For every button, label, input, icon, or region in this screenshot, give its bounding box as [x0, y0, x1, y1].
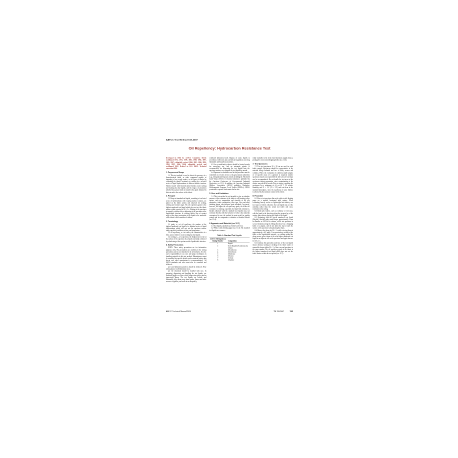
footer-method-number: TM 118-2007: [273, 311, 284, 313]
paragraph: 4.2 All chemicals should be handled with…: [166, 270, 206, 283]
paragraph: 3.1 grade, n.—of oil repellency, the num…: [166, 223, 206, 231]
footer-right-group: TM 118-2007 193: [273, 311, 293, 313]
paragraph: 8.1 Place a test specimen flat on the wh…: [253, 198, 293, 211]
document-canvas: AATCC Test Method 118-2007 Oil Repellenc…: [0, 0, 458, 458]
developed-by-note: Developed in 1966 by AATCC Committee RA5…: [166, 157, 206, 170]
doc-footer: AATCC Technical Manual/2010 TM 118-2007 …: [166, 311, 293, 313]
paragraph: 8.5 Continue this procedure until one of…: [253, 242, 293, 255]
paragraph: NOTE: These safety precautions are for i…: [166, 247, 206, 266]
section-heading: 3. Terminology: [166, 221, 206, 223]
section-heading: 6. Apparatus and Materials (see 12.1): [209, 222, 249, 224]
paragraph: 4.4 Exposure to chemicals used in this p…: [209, 172, 249, 191]
column-middle: ventilated laboratory hood. Dispose of w…: [209, 157, 249, 283]
paragraph: 7.1 Two test specimens 20 × 20 cm are us…: [253, 166, 293, 194]
paragraph: 3.3 wetting, n.—of a specimen, the displ…: [166, 236, 206, 242]
document-page: AATCC Test Method 118-2007 Oil Repellenc…: [164, 137, 295, 319]
table-row: 8n-heptane: [209, 259, 249, 261]
section-heading: 5. Uses and Limitations: [209, 193, 249, 195]
section-heading: 2. Principle: [166, 195, 206, 197]
column-left: Developed in 1966 by AATCC Committee RA5…: [166, 157, 206, 283]
section-heading: 1. Purpose and Scope: [166, 172, 206, 174]
paragraph: 8.3 Beginning with the lowest numbered t…: [253, 217, 293, 230]
section-heading: 7. Test Specimens: [253, 163, 293, 165]
footer-manual-name: AATCC Technical Manual/2010: [166, 311, 191, 313]
table-caption: Table I—Standard Test Liquids: [209, 234, 249, 236]
doc-title: Oil Repellency: Hydrocarbon Resistance T…: [164, 146, 295, 150]
table-cell-rating: 8: [209, 259, 226, 261]
footer-page-number: 193: [290, 311, 293, 313]
section-heading: 8. Procedure: [253, 195, 293, 197]
paragraph: 6.2 White textile blotting paper (see 12…: [209, 227, 249, 231]
text-columns: Developed in 1966 by AATCC Committee RA5…: [166, 157, 293, 283]
paragraph: 1.1 This test method is used to detect t…: [166, 174, 206, 193]
paragraph: 5.1 This test method is not intended to …: [209, 195, 249, 220]
page-thumbnail-region: AATCC Test Method 118-2007 Oil Repellenc…: [164, 137, 295, 319]
column-right: cially available in kit form from labora…: [253, 157, 293, 283]
test-liquids-table: Table I—Standard Test LiquidsAATCC Oil R…: [209, 234, 249, 261]
table-cell-composition: n-heptane: [226, 259, 249, 261]
paragraph: 2.1 Drops of standard test liquids, cons…: [166, 198, 206, 219]
paragraph: cially available in kit form from labora…: [253, 157, 293, 161]
doc-header-method-number: AATCC Test Method 118-2007: [166, 139, 198, 141]
paragraph: 8.4 Observe the drops for 30 ± 2 s while…: [253, 229, 293, 242]
table-header-rating: AATCC Oil Repellency Rating Number: [209, 238, 226, 242]
table-header-composition: Composition: [226, 240, 249, 242]
section-heading: 4. Safety Precautions: [166, 244, 206, 246]
paragraph: 4.3 An eyewash/safety shower should be l…: [209, 163, 249, 171]
